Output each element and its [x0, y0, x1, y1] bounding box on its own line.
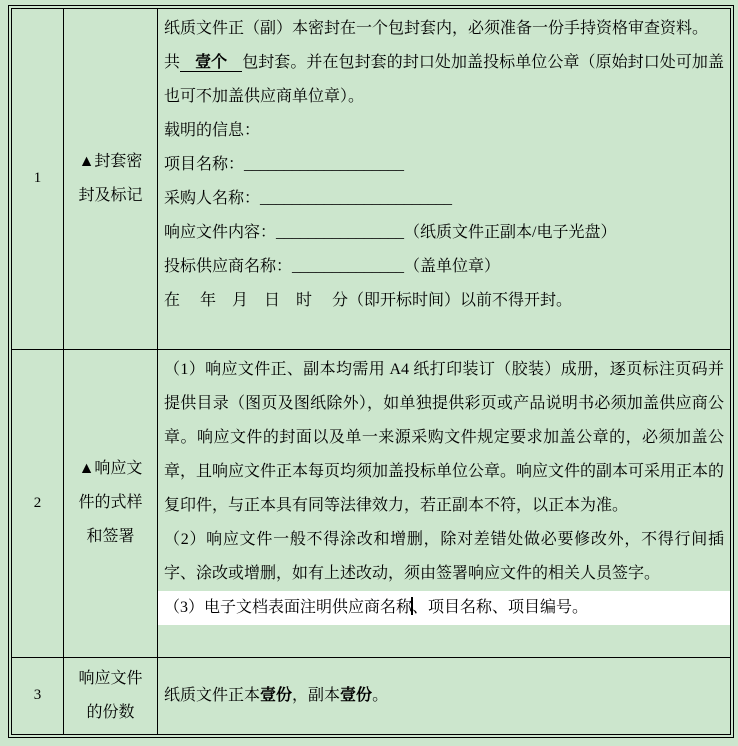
row1-label-cell: ▲封套密 封及标记 [64, 9, 158, 350]
row2-content-cell: （1）响应文件正、副本均需用 A4 纸打印装订（胶装）成册，逐页标注页码并提供目… [158, 349, 731, 657]
format-clause-3-highlighted[interactable]: （3）电子文档表面注明供应商名称、项目名称、项目编号。 [158, 591, 730, 625]
row1-number-cell: 1 [12, 9, 64, 350]
envelope-count-prefix: 共 [164, 54, 180, 71]
envelope-count-paragraph: 共壹个包封套。并在包封套的封口处加盖投标单位公章（原始封口处可加盖也可不加盖供应… [164, 46, 724, 114]
row1-label-text: ▲封套密 封及标记 [78, 145, 142, 213]
row2-label-cell: ▲响应文 件的式样 和签署 [64, 349, 158, 657]
table-outer-border: 1 ▲封套密 封及标记 纸质文件正（副）本密封在一个包封套内，必须准备一份手持资… [8, 5, 734, 738]
row3-label-text: 响应文件 的份数 [78, 662, 142, 730]
row1-content-cell: 纸质文件正（副）本密封在一个包封套内，必须准备一份手持资格审查资料。 共壹个包封… [158, 9, 731, 350]
row3-label-cell: 响应文件 的份数 [64, 657, 158, 734]
copies-count-duplicate: 壹份 [340, 687, 372, 704]
format-clause-1: （1）响应文件正、副本均需用 A4 纸打印装订（胶装）成册，逐页标注页码并提供目… [164, 353, 724, 523]
response-content-blank-line: 响应文件内容：________________（纸质文件正副本/电子光盘） [164, 216, 724, 250]
stated-info-heading: 载明的信息： [164, 114, 724, 148]
document-page: 1 ▲封套密 封及标记 纸质文件正（副）本密封在一个包封套内，必须准备一份手持资… [0, 0, 738, 746]
seal-intro-paragraph: 纸质文件正（副）本密封在一个包封套内，必须准备一份手持资格审查资料。 [164, 12, 724, 46]
envelope-count-filled-blank: 壹个 [180, 54, 242, 72]
envelope-count-suffix: 包封套。并在包封套的封口处加盖投标单位公章（原始封口处可加盖也可不加盖供应商单位… [164, 54, 724, 105]
copies-line: 纸质文件正本壹份，副本壹份。 [164, 679, 724, 713]
purchaser-name-blank-line: 采购人名称：________________________ [164, 182, 724, 216]
format-clause-2: （2）响应文件一般不得涂改和增删，除对差错处做必要修改外，不得行间插字、涂改或增… [164, 523, 724, 591]
table-row-seal: 1 ▲封套密 封及标记 纸质文件正（副）本密封在一个包封套内，必须准备一份手持资… [12, 9, 731, 350]
clause-3-text-after-caret: 、项目名称、项目编号。 [412, 599, 588, 616]
opening-time-line: 在 年 月 日 时 分（即开标时间）以前不得开封。 [164, 284, 724, 318]
row3-number-cell: 3 [12, 657, 64, 734]
table-row-format: 2 ▲响应文 件的式样 和签署 （1）响应文件正、副本均需用 A4 纸打印装订（… [12, 349, 731, 657]
project-name-blank-line: 项目名称：____________________ [164, 148, 724, 182]
row2-label-text: ▲响应文 件的式样 和签署 [78, 452, 142, 554]
row3-content-cell: 纸质文件正本壹份，副本壹份。 [158, 657, 731, 734]
requirements-table: 1 ▲封套密 封及标记 纸质文件正（副）本密封在一个包封套内，必须准备一份手持资… [11, 8, 731, 735]
copies-text-2: ，副本 [292, 687, 340, 704]
row2-number-cell: 2 [12, 349, 64, 657]
table-row-copies: 3 响应文件 的份数 纸质文件正本壹份，副本壹份。 [12, 657, 731, 734]
copies-count-original: 壹份 [260, 687, 292, 704]
clause-3-text-before-caret: （3）电子文档表面注明供应商名称 [164, 599, 412, 616]
copies-text-3: 。 [372, 687, 388, 704]
supplier-name-blank-line: 投标供应商名称：______________（盖单位章） [164, 250, 724, 284]
copies-text-1: 纸质文件正本 [164, 687, 260, 704]
